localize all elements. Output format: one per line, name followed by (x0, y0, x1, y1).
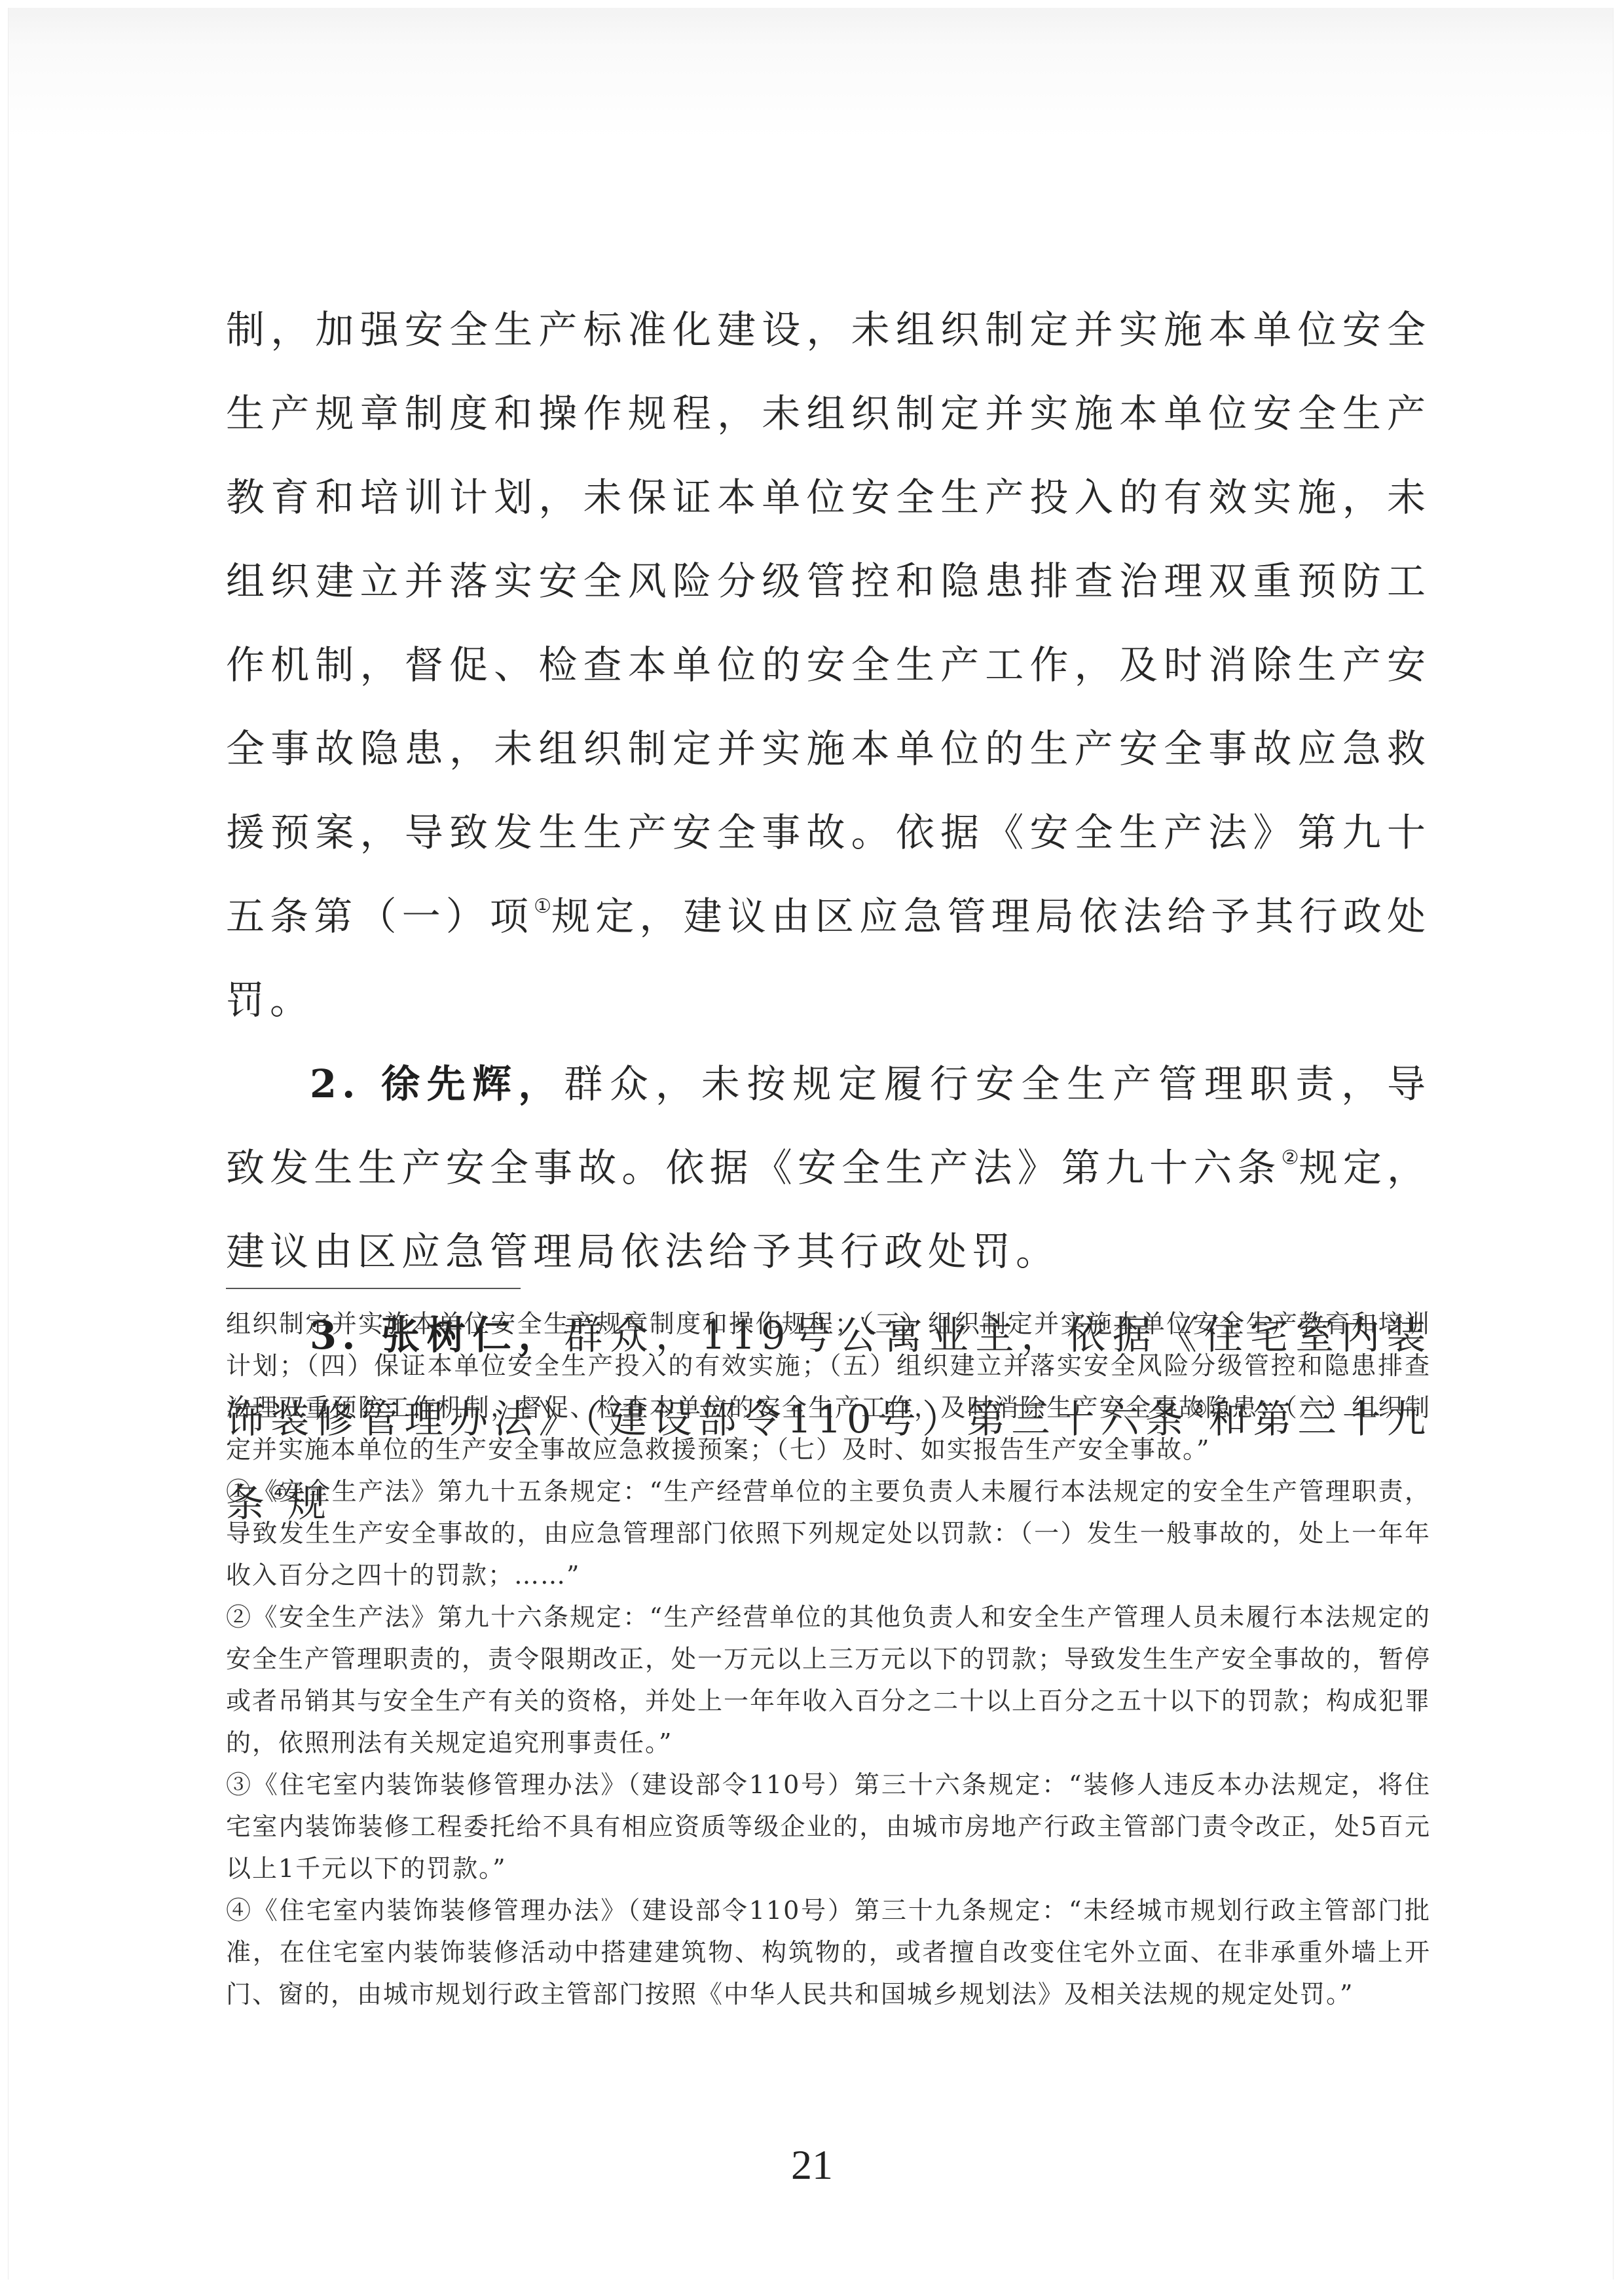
footnote-mark: ④ (226, 1896, 253, 1925)
footnote-2: ②《安全生产法》第九十六条规定：“生产经营单位的其他负责人和安全生产管理人员未履… (226, 1596, 1431, 1764)
footnote-mark: ① (226, 1477, 252, 1506)
footnote-text: 《住宅室内装饰装修管理办法》（建设部令110号）第三十九条规定：“未经城市规划行… (226, 1896, 1431, 2009)
footnote-mark: ③ (226, 1770, 253, 1799)
footnote-ref-2[interactable]: ② (1282, 1146, 1299, 1169)
footnote-text: 《安全生产法》第九十五条规定：“生产经营单位的主要负责人未履行本法规定的安全生产… (226, 1477, 1431, 1590)
footnote-ref-1[interactable]: ① (534, 895, 551, 918)
footnote-4: ④《住宅室内装饰装修管理办法》（建设部令110号）第三十九条规定：“未经城市规划… (226, 1889, 1431, 2015)
paragraph-item-2: 2. 徐先辉，群众，未按规定履行安全生产管理职责，导致发生生产安全事故。依据《安… (226, 1042, 1431, 1294)
paragraph-continued: 制，加强安全生产标准化建设，未组织制定并实施本单位安全生产规章制度和操作规程，未… (226, 288, 1431, 1042)
footnote-mark: ② (226, 1603, 252, 1631)
footnote-continued: 组织制定并实施本单位安全生产规章制度和操作规程；（三）组织制定并实施本单位安全生… (226, 1303, 1431, 1470)
paragraph-text: 制，加强安全生产标准化建设，未组织制定并实施本单位安全生产规章制度和操作规程，未… (226, 307, 1431, 939)
footnote-3: ③《住宅室内装饰装修管理办法》（建设部令110号）第三十六条规定：“装修人违反本… (226, 1764, 1431, 1889)
footnote-separator (226, 1288, 521, 1289)
person-name: 2. 徐先辉， (310, 1061, 564, 1106)
footnote-1: ①《安全生产法》第九十五条规定：“生产经营单位的主要负责人未履行本法规定的安全生… (226, 1470, 1431, 1596)
footnotes: 组织制定并实施本单位安全生产规章制度和操作规程；（三）组织制定并实施本单位安全生… (226, 1303, 1431, 2015)
footnote-text: 《安全生产法》第九十六条规定：“生产经营单位的其他负责人和安全生产管理人员未履行… (226, 1603, 1431, 1757)
page-number: 21 (0, 2141, 1624, 2189)
footnote-text: 《住宅室内装饰装修管理办法》（建设部令110号）第三十六条规定：“装修人违反本办… (226, 1770, 1431, 1883)
